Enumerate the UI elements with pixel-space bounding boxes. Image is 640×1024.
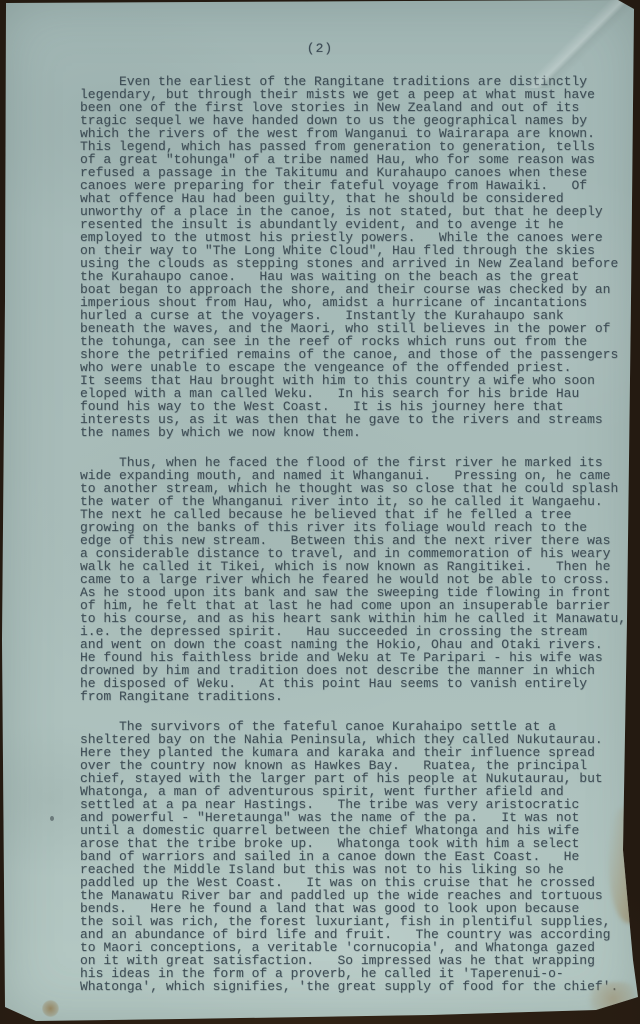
ink-speck: [50, 816, 54, 821]
text-line: Whatonga', which signifies, 'the great s…: [80, 980, 636, 993]
paragraph: Thus, when he faced the flood of the fir…: [80, 456, 636, 703]
paragraph: The survivors of the fateful canoe Kurah…: [80, 720, 636, 993]
desk-background: (2) Even the earliest of the Rangitane t…: [0, 0, 640, 1024]
document-body: Even the earliest of the Rangitane tradi…: [80, 75, 636, 993]
document-page: (2) Even the earliest of the Rangitane t…: [0, 0, 640, 1024]
text-line: from Rangitane traditions.: [80, 690, 636, 703]
stain-bottom-left: [42, 1000, 59, 1017]
text-line: the names by which we now know them.: [80, 426, 636, 439]
page-number: (2): [0, 0, 640, 55]
paragraph: Even the earliest of the Rangitane tradi…: [80, 75, 636, 439]
